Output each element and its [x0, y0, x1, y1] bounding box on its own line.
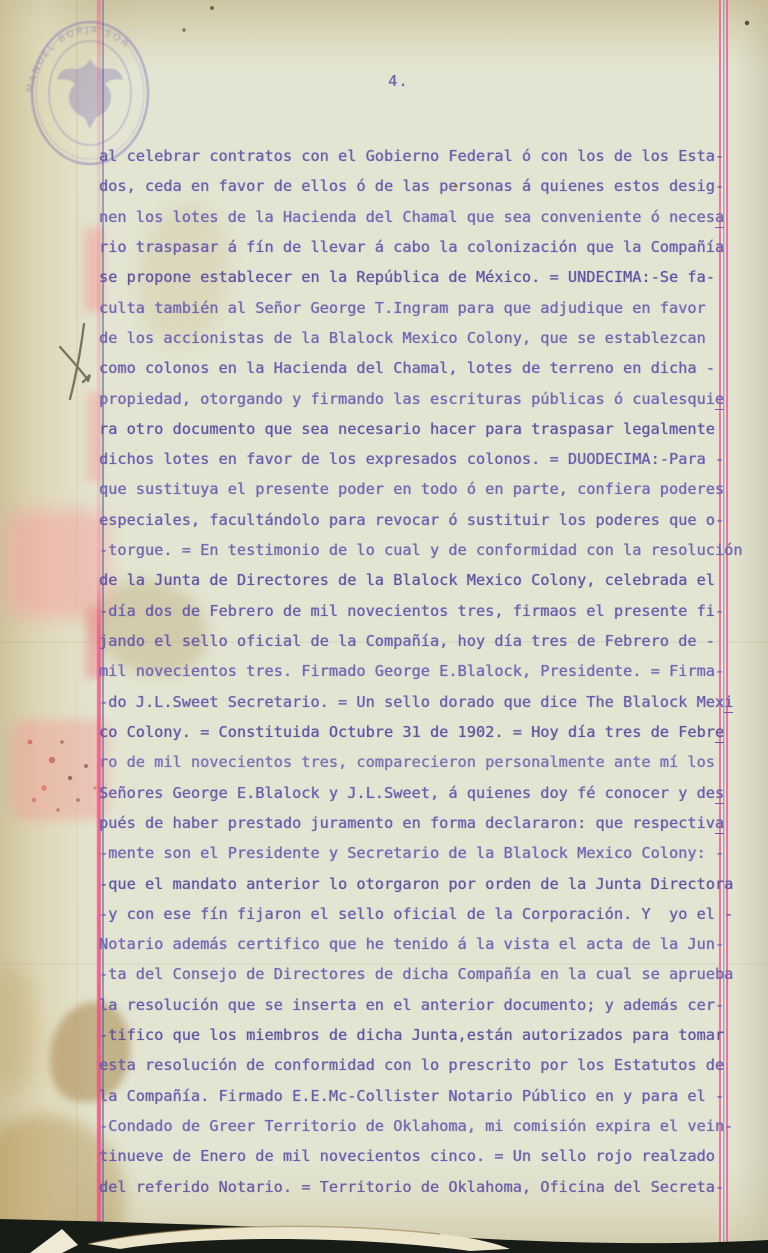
text-line: culta también al Señor George T.Ingram p… — [99, 293, 749, 323]
text-line: jando el sello oficial de la Compañía, h… — [99, 626, 749, 656]
text-line: -y con ese fín fijaron el sello oficial … — [99, 899, 749, 929]
text-line: de los accionistas de la Blalock Mexico … — [99, 323, 749, 353]
text-line: mil novecientos tres. Firmado George E.B… — [99, 656, 749, 686]
pink-wash-blotch — [6, 510, 108, 618]
text-line: del referido Notario. = Territorio de Ok… — [99, 1172, 749, 1202]
text-line: -Condado de Greer Territorio de Oklahoma… — [99, 1111, 749, 1141]
paper-crease — [76, 0, 78, 1253]
text-line: ro de mil novecientos tres, compareciero… — [99, 747, 749, 777]
text-line: pués de haber prestado juramento en form… — [99, 808, 749, 838]
torn-bottom-edge — [0, 1219, 768, 1253]
text-line: tinueve de Enero de mil novecientos cinc… — [99, 1141, 749, 1171]
page-number: 4. — [388, 72, 409, 90]
text-line: la Compañía. Firmado E.E.Mc-Collister No… — [99, 1081, 749, 1111]
text-line: como colonos en la Hacienda del Chamal, … — [99, 353, 749, 383]
text-line: -torgue. = En testimonio de lo cual y de… — [99, 535, 749, 565]
text-line: especiales, facultándolo para revocar ó … — [99, 505, 749, 535]
typewritten-text: al celebrar contratos con el Gobierno Fe… — [99, 141, 749, 1202]
text-line: rio traspasar á fín de llevar á cabo la … — [99, 232, 749, 262]
text-line: Notario además certifico que he tenido á… — [99, 929, 749, 959]
text-line: esta resolución de conformidad con lo pr… — [99, 1050, 749, 1080]
text-line: -día dos de Febrero de mil novecientos t… — [99, 596, 749, 626]
text-line: se propone establecer en la República de… — [99, 262, 749, 292]
text-line: -tifico que los miembros de dicha Junta,… — [99, 1020, 749, 1050]
text-line: de la Junta de Directores de la Blalock … — [99, 565, 749, 595]
text-line: que sustituya el presente poder en todo … — [99, 474, 749, 504]
text-line: al celebrar contratos con el Gobierno Fe… — [99, 141, 749, 171]
text-line: -mente son el Presidente y Secretario de… — [99, 838, 749, 868]
text-line: dos, ceda en favor de ellos ó de las per… — [99, 171, 749, 201]
text-line: propiedad, otorgando y firmando las escr… — [99, 384, 749, 414]
text-line: Señores George E.Blalock y J.L.Sweet, á … — [99, 778, 749, 808]
text-line: la resolución que se inserta en el anter… — [99, 990, 749, 1020]
scanned-document-page: MANUEL BORJA SOR 4. al celebrar contrato… — [0, 0, 768, 1253]
text-line: nen los lotes de la Hacienda del Chamal … — [99, 202, 749, 232]
paper-stain — [0, 965, 38, 1095]
text-line: ra otro documento que sea necesario hace… — [99, 414, 749, 444]
eagle-emblem-icon — [57, 59, 123, 129]
text-line: -ta del Consejo de Directores de dicha C… — [99, 959, 749, 989]
text-line: dichos lotes en favor de los expresados … — [99, 444, 749, 474]
text-line: -do J.L.Sweet Secretario. = Un sello dor… — [99, 687, 749, 717]
text-line: co Colony. = Constituida Octubre 31 de 1… — [99, 717, 749, 747]
pink-speckle-blotch — [12, 720, 108, 820]
text-line: -que el mandato anterior lo otorgaron po… — [99, 869, 749, 899]
ink-speckles — [28, 740, 97, 812]
pencil-x-mark — [60, 324, 90, 399]
